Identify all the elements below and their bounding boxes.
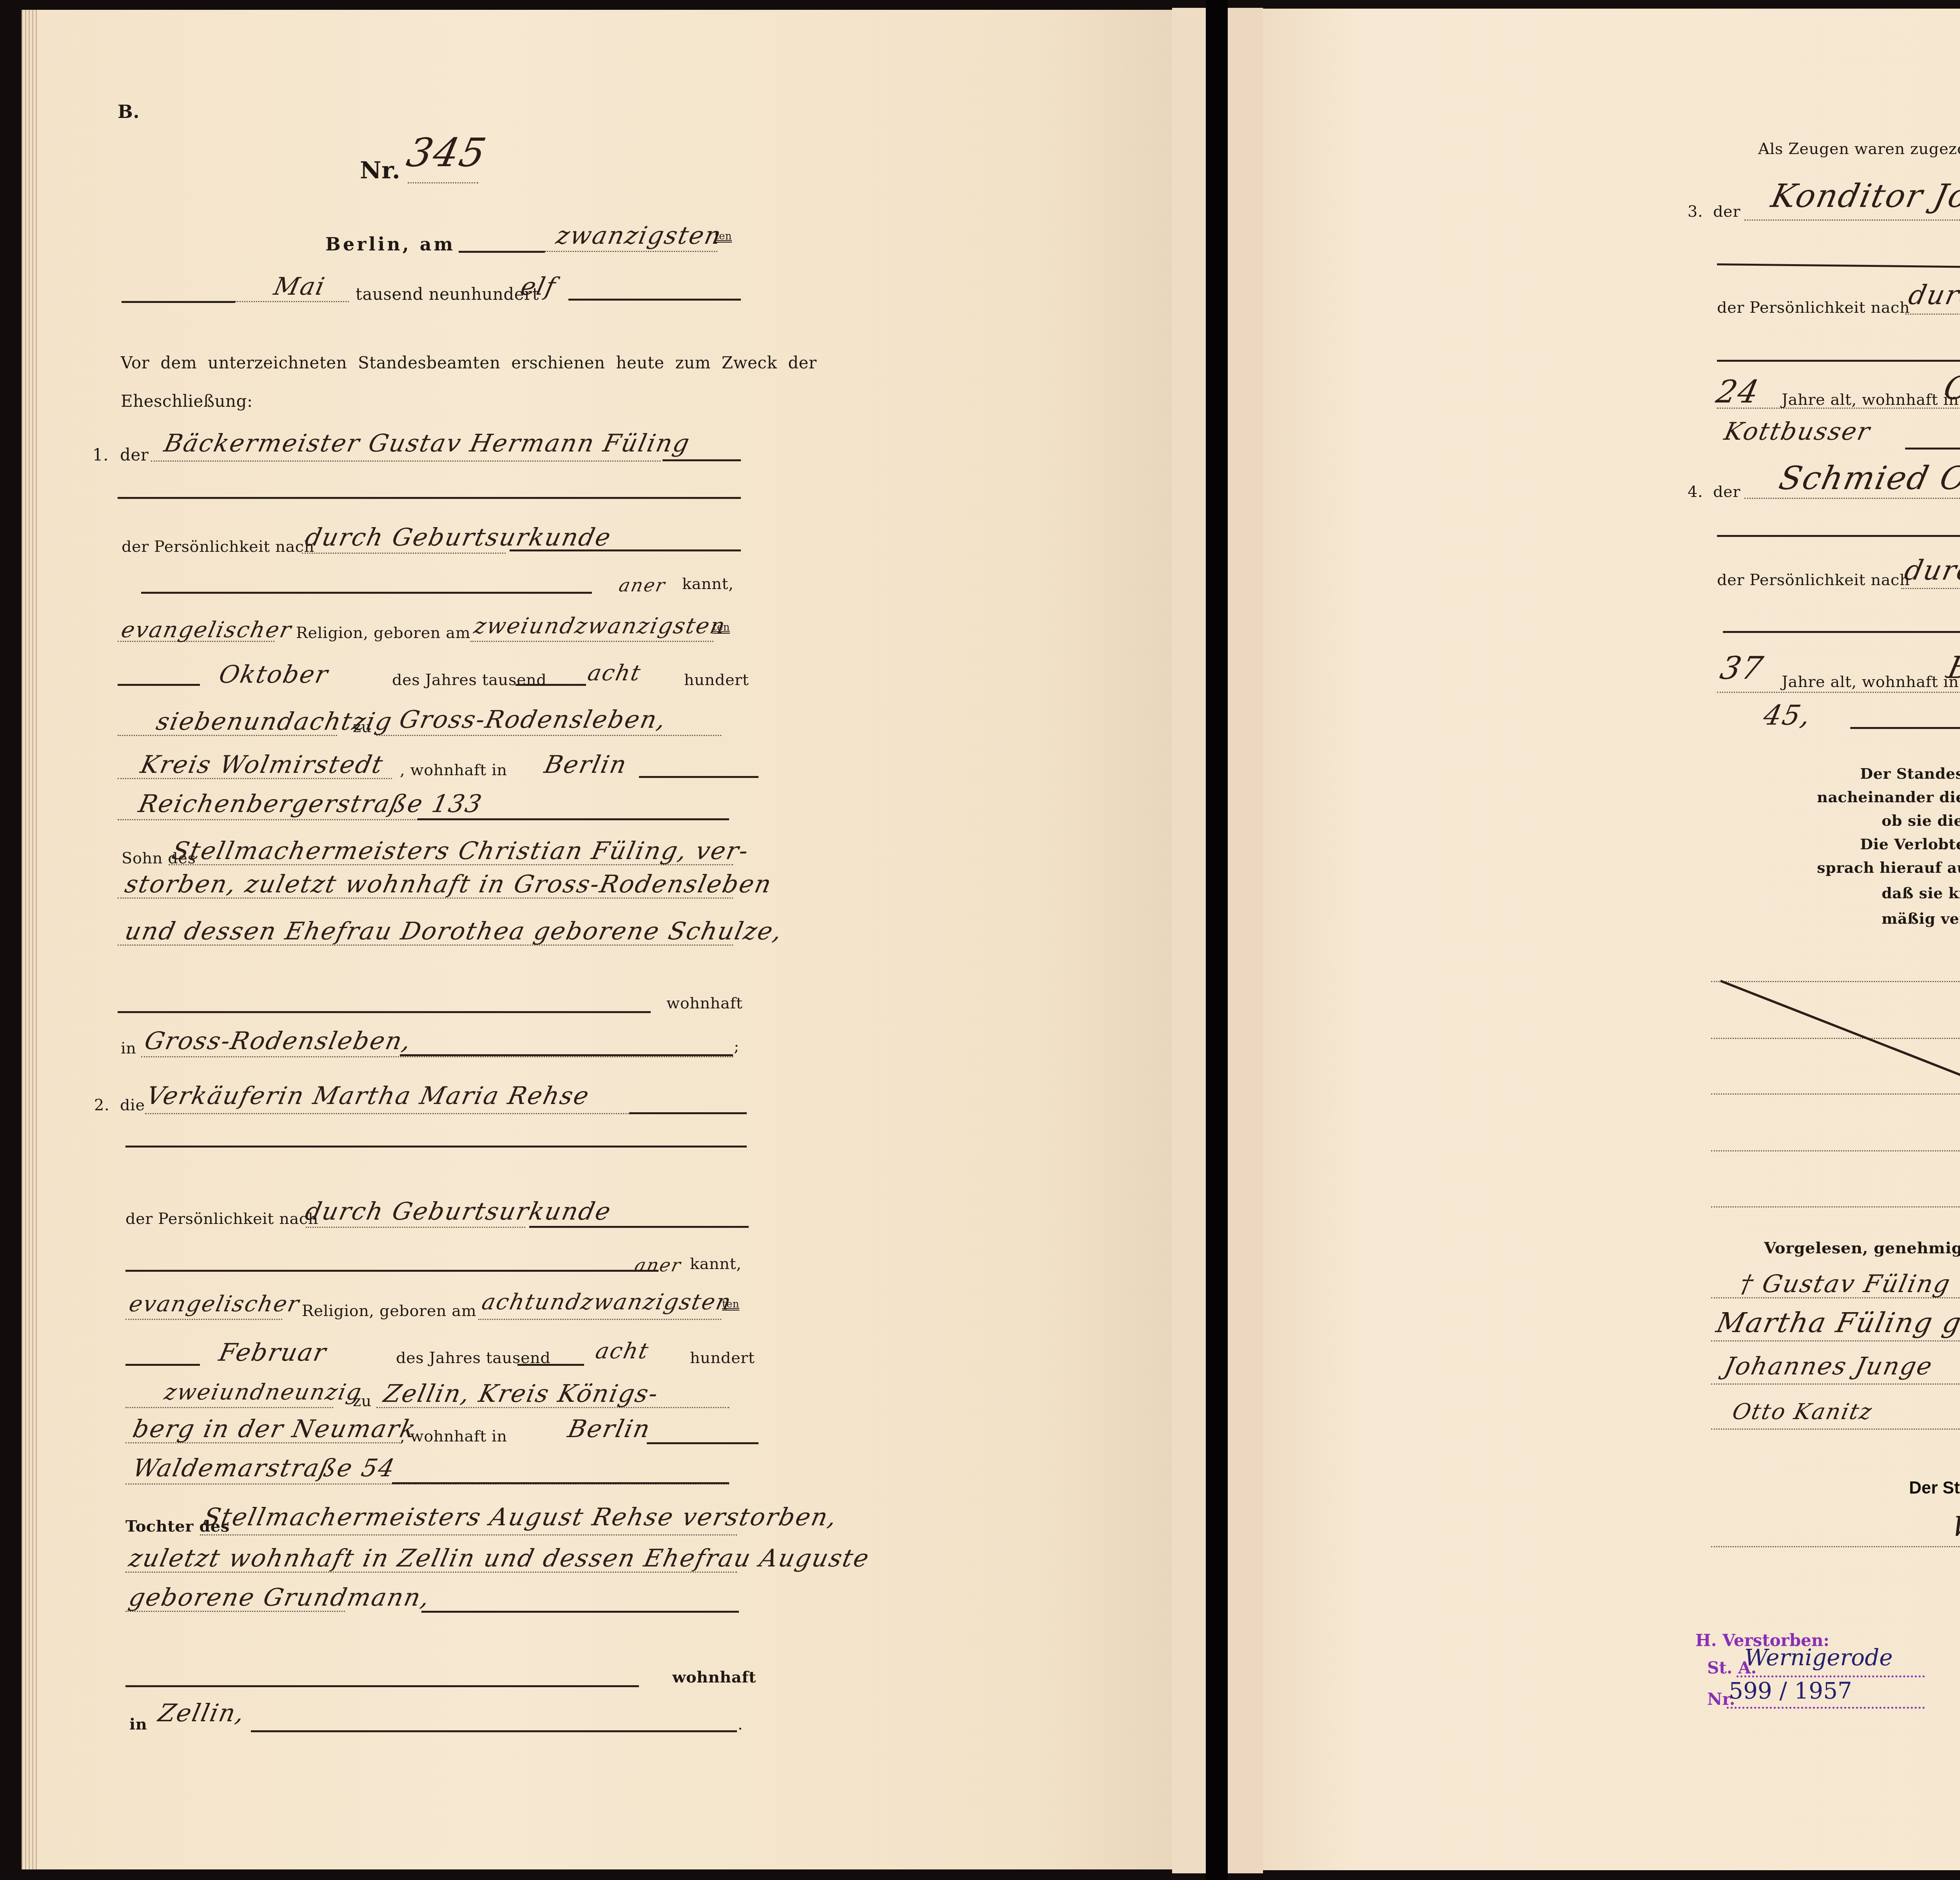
registrar-line bbox=[1711, 1546, 1960, 1547]
bride-parents-rule bbox=[421, 1611, 739, 1613]
groom-century-value: acht bbox=[586, 662, 643, 684]
bride-residence-value: Berlin bbox=[566, 1417, 653, 1441]
bride-identity-line bbox=[306, 1227, 525, 1228]
groom-birthmonth-rule bbox=[118, 684, 200, 686]
day-rule bbox=[459, 251, 545, 253]
witness3-known-rule bbox=[1717, 360, 1960, 362]
bride-religion-value: evangelischer bbox=[127, 1293, 302, 1315]
groom-birthplace-line bbox=[376, 735, 721, 736]
witness3-name-line bbox=[1744, 219, 1960, 221]
bride-street-rule bbox=[392, 1482, 729, 1484]
witness4-street-value: 45, bbox=[1761, 702, 1814, 729]
groom-residence-rule bbox=[639, 776, 759, 778]
groom-birthmonth-value: Oktober bbox=[217, 662, 331, 687]
bride-birthday-value: achtundzwanzigsten bbox=[480, 1291, 734, 1313]
bride-religion-label: Religion, geboren am bbox=[302, 1303, 476, 1319]
signature-groom: † Gustav Füling bbox=[1738, 1272, 1953, 1296]
groom-name-line bbox=[151, 460, 661, 462]
witness3-name-value: Konditor Johannes Junge bbox=[1768, 180, 1960, 212]
intro-line-1: Vor dem unterzeichneten Standesbeamten e… bbox=[121, 355, 817, 371]
groom-birthplace-value: Gross-Rodensleben, bbox=[397, 707, 669, 732]
month-rule bbox=[122, 301, 235, 303]
groom-parents-residence-rule bbox=[118, 1011, 651, 1013]
bride-century-rule bbox=[517, 1364, 584, 1366]
gutter-right bbox=[1228, 8, 1263, 1873]
gutter-bar bbox=[1206, 0, 1228, 1880]
bride-article: die bbox=[120, 1097, 145, 1113]
bride-parents-value-3: geborene Grundmann, bbox=[127, 1585, 432, 1610]
groom-street-value: Reichenbergerstraße 133 bbox=[136, 792, 485, 816]
groom-parents-residence-value: Gross-Rodensleben, bbox=[142, 1029, 414, 1053]
groom-name-rule bbox=[662, 459, 741, 461]
approval-label: Vorgelesen, genehmigt und bbox=[1764, 1240, 1960, 1256]
groom-birthday-value: zweiundzwanzigsten bbox=[472, 615, 728, 637]
signature-line-4 bbox=[1711, 1429, 1960, 1430]
bride-identity-value: durch Geburtsurkunde bbox=[303, 1199, 613, 1224]
bride-birthplace-label: zu bbox=[353, 1393, 372, 1409]
death-note-office-value: Wernigerode bbox=[1744, 1646, 1893, 1669]
bride-birthyear-value: zweiundneunzig bbox=[162, 1381, 364, 1403]
gutter-left bbox=[1172, 8, 1206, 1873]
bride-religion-line bbox=[125, 1319, 282, 1320]
witness4-identity-line bbox=[1901, 588, 1960, 589]
declaration-line-3: ob sie die Ehe miteinander eingehen woll… bbox=[1882, 813, 1960, 828]
declaration-line-4: Die Verlobten bejahten diese Frage und d… bbox=[1860, 837, 1960, 852]
signature-line-3 bbox=[1711, 1383, 1960, 1385]
groom-identity-value: durch Geburtsurkunde bbox=[303, 525, 613, 549]
witness-header: Als Zeugen waren zugezogen und erschiene… bbox=[1758, 141, 1960, 157]
groom-religion-label: Religion, geboren am bbox=[296, 625, 470, 641]
bride-birthyear-label: des Jahres tausend bbox=[396, 1350, 550, 1366]
year-rule bbox=[568, 299, 741, 301]
bride-identity-label: der Persönlichkeit nach bbox=[125, 1211, 318, 1227]
groom-district-value: Kreis Wolmirstedt bbox=[138, 752, 386, 777]
groom-known-value: aner bbox=[617, 576, 668, 594]
bride-identity-rule bbox=[529, 1226, 749, 1228]
groom-name-rule-2 bbox=[118, 497, 741, 499]
groom-identity-line bbox=[302, 553, 506, 554]
signature-bride: Martha Füling geborene Rehse bbox=[1714, 1309, 1960, 1336]
bride-name-value: Verkäuferin Martha Maria Rehse bbox=[144, 1084, 592, 1108]
witness4-end-rule bbox=[1850, 727, 1960, 729]
signature-witness4: Otto Kanitz bbox=[1730, 1401, 1875, 1423]
form-letter: B. bbox=[118, 103, 140, 121]
bride-parents-value-2: zuletzt wohnhaft in Zellin und dessen Eh… bbox=[127, 1546, 872, 1570]
groom-parents-in-label: in bbox=[121, 1041, 136, 1056]
day-line bbox=[545, 251, 717, 252]
day-suffix: ten bbox=[715, 231, 732, 241]
bride-residence-label: , wohnhaft in bbox=[400, 1429, 507, 1444]
record-number-line bbox=[408, 182, 478, 183]
signature-line-2 bbox=[1711, 1340, 1960, 1342]
bride-known-value: aner bbox=[633, 1256, 683, 1274]
bride-parents-value-1: Stellmachermeisters August Rehse verstor… bbox=[201, 1505, 840, 1529]
bride-century-value: acht bbox=[593, 1340, 651, 1362]
witness4-age-value: 37 bbox=[1717, 653, 1766, 684]
declaration-line-1: Der Standesbeamte richtete an die Verlob… bbox=[1860, 766, 1960, 781]
bride-birthyear-line bbox=[125, 1407, 333, 1408]
blank-line-1 bbox=[1711, 981, 1960, 982]
bride-name-rule-2 bbox=[125, 1146, 747, 1148]
declaration-line-2: nacheinander die Frage: bbox=[1817, 790, 1960, 805]
blank-line-3 bbox=[1711, 1093, 1960, 1095]
bride-residence-rule bbox=[647, 1442, 759, 1444]
month-line bbox=[235, 301, 349, 302]
bride-birthplace-value: Zellin, Kreis Königs- bbox=[381, 1381, 661, 1406]
registrar-label: Der Standesbeamte. bbox=[1909, 1479, 1960, 1497]
bride-end-rule bbox=[251, 1730, 737, 1732]
bride-name-rule bbox=[629, 1112, 747, 1114]
groom-parents-residence-label: wohnhaft bbox=[666, 995, 742, 1011]
year-label: tausend neunhundert bbox=[356, 286, 539, 303]
groom-known-label: kannt, bbox=[682, 576, 733, 592]
witness4-name-value: Schmied Otto Kanitz bbox=[1776, 462, 1960, 495]
groom-residence-label: , wohnhaft in bbox=[400, 762, 507, 778]
witness4-known-rule bbox=[1723, 631, 1960, 633]
declaration-line-7: mäßig verbundene Eheleute seien. bbox=[1882, 911, 1960, 926]
witness3-identity-label: der Persönlichkeit nach bbox=[1717, 300, 1910, 315]
groom-street-rule bbox=[417, 818, 729, 820]
declaration-line-6: daß sie kraft des Bürgerlichen Gesetzbuc… bbox=[1882, 886, 1960, 901]
witness3-age-label: Jahre alt, wohnhaft in bbox=[1782, 392, 1959, 408]
bride-parents-residence-label: wohnhaft bbox=[672, 1670, 756, 1685]
groom-identity-rule bbox=[510, 549, 741, 551]
groom-birthday-line bbox=[470, 641, 713, 642]
groom-birthday-suffix: ten bbox=[713, 622, 730, 633]
bride-end-punct: . bbox=[738, 1717, 743, 1732]
death-note-number-value: 599 / 1957 bbox=[1729, 1679, 1852, 1702]
bride-parents-residence-value: Zellin, bbox=[156, 1701, 247, 1725]
groom-end-rule bbox=[400, 1054, 733, 1056]
bride-birthday-suffix: ten bbox=[722, 1299, 739, 1309]
bride-street-value: Waldemarstraße 54 bbox=[131, 1456, 397, 1480]
groom-religion-value: evangelischer bbox=[119, 619, 294, 641]
witness3-index: 3. bbox=[1688, 204, 1703, 219]
groom-parents-value-2: storben, zuletzt wohnhaft in Gross-Roden… bbox=[123, 872, 774, 896]
witness3-street-value: Kottbusser bbox=[1722, 419, 1873, 444]
right-page bbox=[1263, 9, 1960, 1870]
witness4-identity-label: der Persönlichkeit nach bbox=[1717, 572, 1910, 588]
month-value: Mai bbox=[272, 274, 327, 299]
groom-birthplace-label: zu bbox=[353, 719, 372, 735]
bride-birthmonth-rule bbox=[125, 1364, 200, 1366]
witness4-article: der bbox=[1713, 484, 1740, 500]
groom-parents-value-1: Stellmachermeisters Christian Füling, ve… bbox=[170, 839, 751, 863]
witness4-name-line bbox=[1744, 498, 1960, 499]
bride-index: 2. bbox=[94, 1097, 109, 1113]
witness3-identity-value: durch Militär-Ausweis bbox=[1906, 282, 1960, 309]
place-label: Berlin, am bbox=[325, 235, 455, 253]
witness3-age-value: 24 bbox=[1713, 376, 1762, 408]
bride-known-rule bbox=[125, 1270, 659, 1272]
witness4-name-rule-2 bbox=[1717, 535, 1960, 537]
bride-known-label: kannt, bbox=[690, 1256, 741, 1272]
groom-parents-residence-line bbox=[141, 1056, 733, 1057]
groom-parents-value-3: und dessen Ehefrau Dorothea geborene Sch… bbox=[123, 919, 785, 943]
groom-end-punct: ; bbox=[734, 1039, 739, 1054]
left-page-edges bbox=[22, 10, 37, 1869]
groom-century-rule bbox=[515, 684, 586, 686]
bride-birthmonth-value: Februar bbox=[217, 1340, 329, 1365]
witness3-end-rule bbox=[1905, 448, 1960, 450]
intro-line-2: Eheschließung: bbox=[121, 393, 253, 410]
record-number-label: Nr. bbox=[360, 159, 400, 182]
record-number-value: 345 bbox=[403, 133, 490, 172]
witness4-age-label: Jahre alt, wohnhaft in bbox=[1782, 674, 1959, 690]
bride-district-value: berg in der Neumark bbox=[131, 1417, 419, 1441]
bride-parents-residence-rule bbox=[125, 1685, 639, 1687]
groom-index: 1. bbox=[93, 447, 109, 463]
year-value: elf bbox=[519, 274, 559, 299]
blank-line-4 bbox=[1711, 1150, 1960, 1151]
groom-article: der bbox=[120, 447, 149, 463]
groom-name-value: Bäckermeister Gustav Hermann Füling bbox=[162, 431, 692, 455]
groom-identity-label: der Persönlichkeit nach bbox=[122, 539, 314, 555]
bride-name-line bbox=[145, 1113, 662, 1114]
day-value: zwanzigsten bbox=[554, 223, 724, 248]
bride-parents-in-label: in bbox=[129, 1717, 147, 1732]
bride-parents-line-1 bbox=[200, 1534, 737, 1536]
groom-residence-value: Berlin bbox=[542, 752, 630, 777]
witness4-residence-line bbox=[1717, 692, 1960, 693]
groom-hundred-label: hundert bbox=[684, 672, 749, 688]
blank-line-5 bbox=[1711, 1206, 1960, 1207]
death-note-number-line bbox=[1727, 1707, 1925, 1709]
bride-birthday-line bbox=[478, 1319, 721, 1320]
blank-line-2 bbox=[1711, 1038, 1960, 1039]
signature-witness3: Johannes Junge bbox=[1722, 1354, 1935, 1378]
declaration-line-5: sprach hierauf aus, bbox=[1817, 860, 1960, 875]
witness3-identity-line bbox=[1905, 314, 1960, 315]
bride-hundred-label: hundert bbox=[690, 1350, 755, 1366]
witness4-identity-value: durch Pass bbox=[1902, 557, 1960, 584]
witness3-article: der bbox=[1713, 204, 1740, 219]
groom-known-rule bbox=[141, 592, 592, 594]
witness4-index: 4. bbox=[1688, 484, 1703, 500]
